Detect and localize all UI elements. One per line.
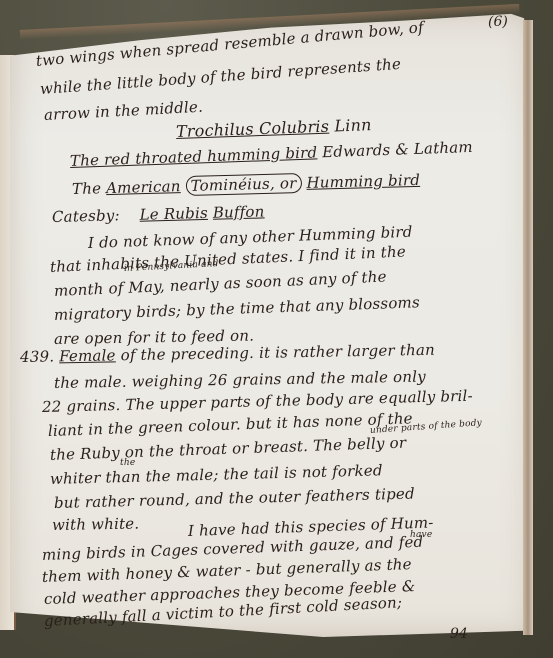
circled-word: Tominéius, or bbox=[185, 173, 301, 196]
text-line: with white. bbox=[52, 514, 140, 534]
text-line: whiter than the male; the tail is not fo… bbox=[50, 461, 383, 488]
synonym-source: Edwards & Latham bbox=[322, 138, 473, 161]
entry-number: 439. bbox=[20, 347, 55, 366]
synonym-name: Le Rubis bbox=[139, 204, 208, 224]
entry-heading: Female bbox=[59, 346, 116, 365]
synonym-line: The American Tominéius, or Humming bird bbox=[72, 171, 420, 198]
manuscript-text: (6) two wings when spread resemble a dra… bbox=[0, 0, 553, 658]
synonym-rest: Humming bird bbox=[306, 171, 420, 192]
synonym-name: The red throated humming bird bbox=[70, 143, 318, 170]
synonym-prefix: The bbox=[72, 179, 102, 198]
text-line: migratory birds; by the time that any bl… bbox=[54, 293, 420, 324]
species-latin-heading: Trochilus Colubris Linn bbox=[176, 115, 372, 141]
synonym-name: American bbox=[106, 177, 181, 197]
text-line: but rather round, and the outer feathers… bbox=[54, 485, 415, 512]
synonym-line: Catesby: Le Rubis Buffon bbox=[52, 202, 265, 226]
synonym-source: Catesby: bbox=[52, 206, 120, 226]
page-number-bottom: 94 bbox=[450, 626, 468, 642]
text-line: arrow in the middle. bbox=[44, 98, 204, 124]
latin-name: Trochilus Colubris bbox=[176, 117, 330, 141]
synonym-author: Buffon bbox=[213, 202, 265, 221]
text-line: the male. weighing 26 grains and the mal… bbox=[54, 368, 426, 392]
insertion-text: the bbox=[120, 458, 135, 468]
page-number-top: (6) bbox=[488, 14, 508, 30]
synonym-line: The red throated humming bird Edwards & … bbox=[70, 138, 473, 170]
authority: Linn bbox=[334, 115, 372, 135]
text-line: the Ruby on the throat or breast. The be… bbox=[50, 434, 407, 464]
